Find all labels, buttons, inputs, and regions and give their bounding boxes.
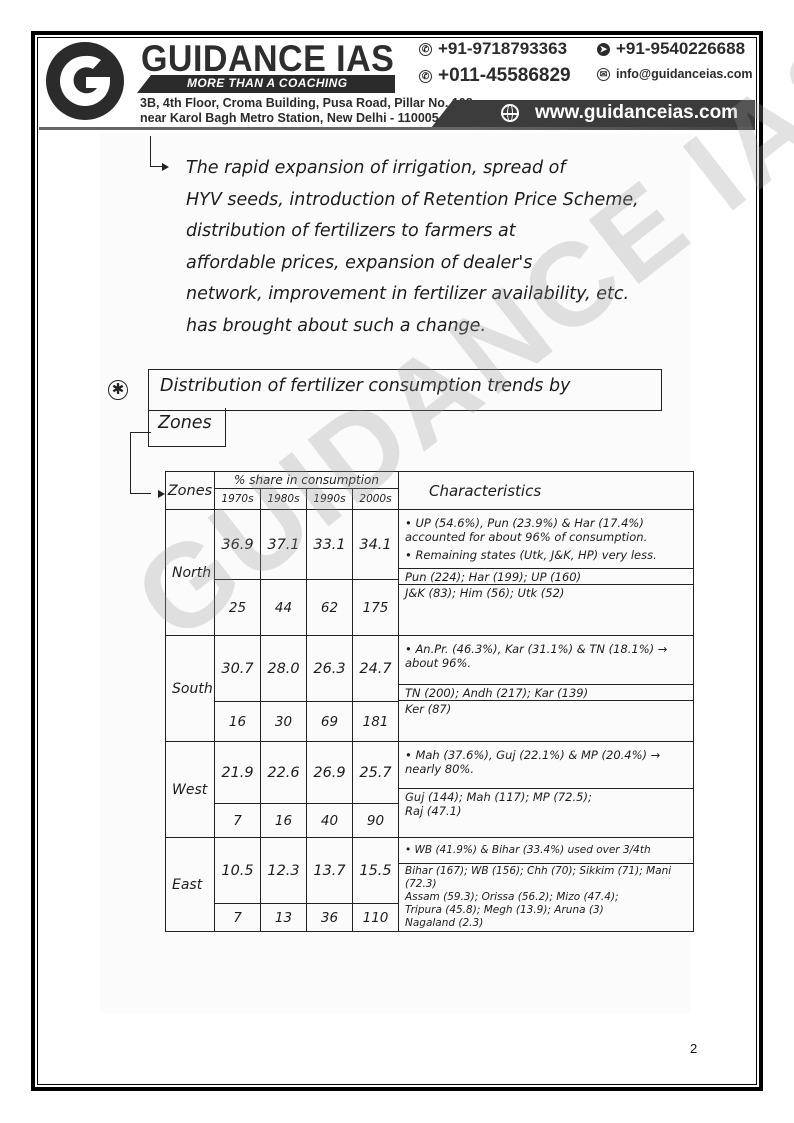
connector-arrow-icon [130,432,151,494]
paragraph-line: HYV seeds, introduction of Retention Pri… [186,185,686,217]
sub-value-cell: 16 [215,702,261,742]
sub-value-cell: 62 [307,580,353,636]
state-values: Assam (59.3); Orissa (56.2); Mizo (47.4)… [405,891,687,904]
section-heading: Distribution of fertilizer consumption t… [160,376,570,396]
share-cell: 37.1 [261,510,307,580]
sub-value-cell: 110 [353,904,399,932]
state-values: TN (200); Andh (217); Kar (139) [399,684,693,700]
sub-value-cell: 69 [307,702,353,742]
header-divider [39,127,755,130]
address-line-1: 3B, 4th Floor, Croma Building, Pusa Road… [140,96,473,110]
phone-icon: ✆ [419,70,432,83]
characteristic-bullet: • UP (54.6%), Pun (23.9%) & Har (17.4%) … [405,510,687,544]
tagline: MORE THAN A COACHING [187,76,347,90]
characteristics-cell: • An.Pr. (46.3%), Kar (31.1%) & TN (18.1… [399,636,694,742]
phone-number-1: +91-9718793363 [438,39,567,59]
state-values: Pun (224); Har (199); UP (160) [399,568,693,584]
state-values: Raj (47.1) [405,804,687,818]
paragraph-line: distribution of fertilizers to farmers a… [186,216,686,248]
share-cell: 22.6 [261,742,307,804]
telegram-icon: ➤ [597,43,610,56]
table-row: North 36.9 37.1 33.1 34.1 • UP (54.6%), … [166,510,694,580]
letterhead: GUIDANCE IAS MORE THAN A COACHING 3B, 4t… [39,39,755,131]
zones-header: Zones [166,472,215,510]
state-values: Tripura (45.8); Megh (13.9); Aruna (3) [405,904,687,917]
zone-east: East [166,838,215,932]
share-cell: 34.1 [353,510,399,580]
share-cell: 12.3 [261,838,307,904]
sub-value-cell: 36 [307,904,353,932]
globe-icon [501,104,519,122]
characteristics-cell: • Mah (37.6%), Guj (22.1%) & MP (20.4%) … [399,742,694,838]
telegram-number: +91-9540226688 [616,39,745,59]
sub-value-cell: 7 [215,804,261,838]
share-cell: 30.7 [215,636,261,702]
paragraph-line: has brought about such a change. [186,311,686,343]
sub-value-cell: 13 [261,904,307,932]
share-cell: 15.5 [353,838,399,904]
state-values: Ker (87) [399,700,693,716]
phone-icon: ✆ [419,43,432,56]
notes-paragraph: The rapid expansion of irrigation, sprea… [186,153,686,342]
zone-west: West [166,742,215,838]
share-cell: 25.7 [353,742,399,804]
characteristics-cell: • UP (54.6%), Pun (23.9%) & Har (17.4%) … [399,510,694,636]
sub-value-cell: 16 [261,804,307,838]
page-number: 2 [690,1041,697,1056]
phone-contact-2[interactable]: ✆ +011-45586829 [419,65,571,87]
email-contact[interactable]: ✉ info@guidanceias.com [597,67,753,81]
website-link[interactable]: www.guidanceias.com [501,102,738,124]
characteristic-bullet: • Remaining states (Utk, J&K, HP) very l… [405,548,687,562]
share-cell: 13.7 [307,838,353,904]
zone-south: South [166,636,215,742]
continuation-arrow-icon [150,136,163,167]
asterisk-marker-icon: ✱ [108,380,128,400]
table-row: East 10.5 12.3 13.7 15.5 • WB (41.9%) & … [166,838,694,904]
share-cell: 33.1 [307,510,353,580]
table-row: West 21.9 22.6 26.9 25.7 • Mah (37.6%), … [166,742,694,804]
brand-name: GUIDANCE IAS [141,38,394,80]
share-header: % share in consumption [215,472,399,489]
phone-contact-1[interactable]: ✆ +91-9718793363 [419,39,567,59]
telegram-contact[interactable]: ➤ +91-9540226688 [597,39,745,59]
state-values: J&K (83); Him (56); Utk (52) [399,584,693,600]
paragraph-line: network, improvement in fertilizer avail… [186,279,686,311]
paragraph-line: The rapid expansion of irrigation, sprea… [186,153,686,185]
website-url: www.guidanceias.com [535,102,738,124]
sub-value-cell: 175 [353,580,399,636]
section-heading-continued: Zones [158,413,212,433]
decade-header: 2000s [353,489,399,510]
sub-value-cell: 44 [261,580,307,636]
state-values: Bihar (167); WB (156); Chh (70); Sikkim … [399,863,693,891]
state-values: Nagaland (2.3) [405,917,687,930]
share-cell: 26.9 [307,742,353,804]
zone-consumption-table: Zones % share in consumption Characteris… [165,471,694,932]
share-cell: 26.3 [307,636,353,702]
table-row: South 30.7 28.0 26.3 24.7 • An.Pr. (46.3… [166,636,694,702]
sub-value-cell: 7 [215,904,261,932]
characteristic-bullet: • Mah (37.6%), Guj (22.1%) & MP (20.4%) … [405,742,687,776]
sub-value-cell: 181 [353,702,399,742]
zone-north: North [166,510,215,636]
decade-header: 1990s [307,489,353,510]
share-cell: 36.9 [215,510,261,580]
decade-header: 1980s [261,489,307,510]
sub-value-cell: 40 [307,804,353,838]
characteristic-bullet: • WB (41.9%) & Bihar (33.4%) used over 3… [405,838,687,857]
paragraph-line: affordable prices, expansion of dealer's [186,248,686,280]
share-cell: 28.0 [261,636,307,702]
phone-number-2: +011-45586829 [438,65,571,87]
characteristic-bullet: • An.Pr. (46.3%), Kar (31.1%) & TN (18.1… [405,636,687,670]
characteristics-header: Characteristics [399,472,694,510]
share-cell: 10.5 [215,838,261,904]
address-line-2: near Karol Bagh Metro Station, New Delhi… [140,111,439,125]
sub-value-cell: 25 [215,580,261,636]
sub-value-cell: 30 [261,702,307,742]
share-cell: 24.7 [353,636,399,702]
state-values: Guj (144); Mah (117); MP (72.5); [399,788,693,804]
sub-value-cell: 90 [353,804,399,838]
share-cell: 21.9 [215,742,261,804]
email-address: info@guidanceias.com [616,67,753,81]
characteristics-cell: • WB (41.9%) & Bihar (33.4%) used over 3… [399,838,694,932]
email-icon: ✉ [597,68,610,81]
guidance-logo-icon [46,42,124,120]
decade-header: 1970s [215,489,261,510]
